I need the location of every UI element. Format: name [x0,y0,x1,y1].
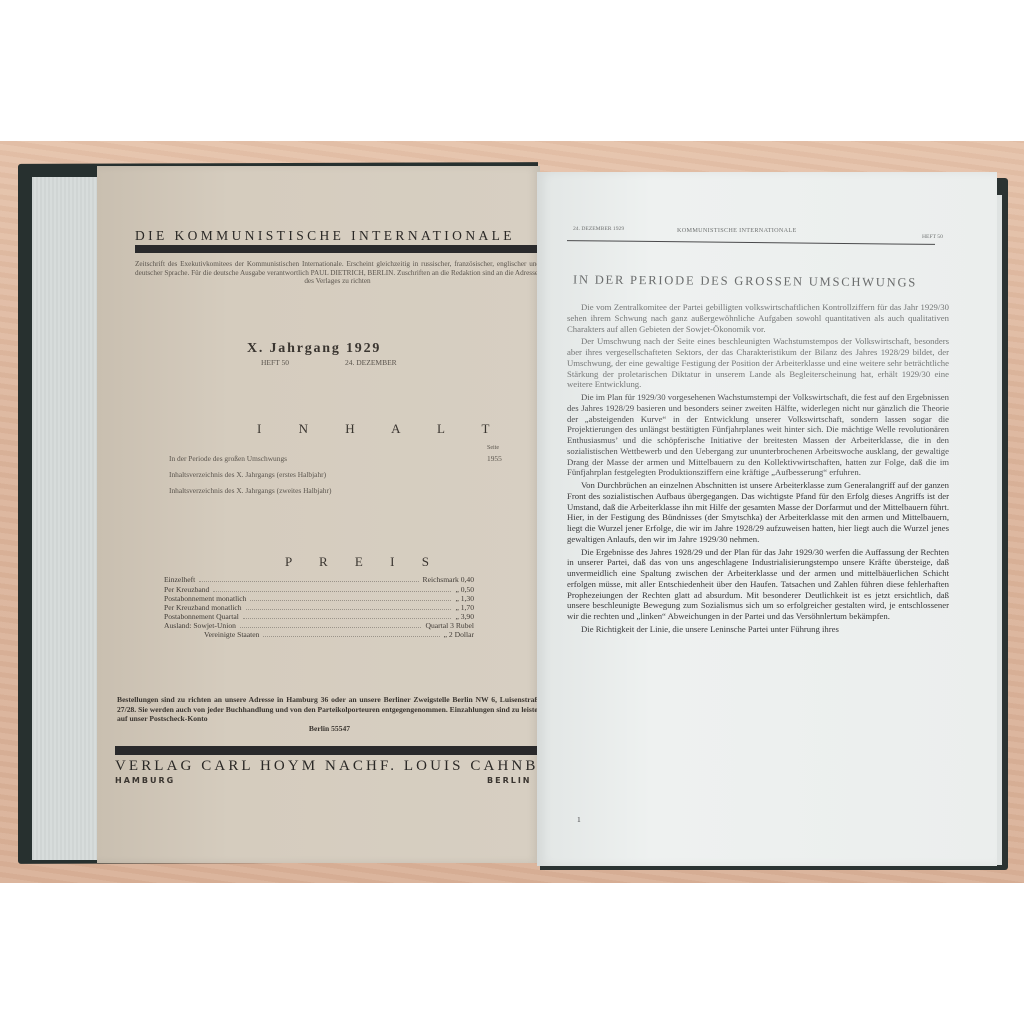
publisher: VERLAG CARL HOYM NACHF. LOUIS CAHNBLEY [115,758,577,775]
price-label: Einzelheft [164,575,195,584]
paragraph: Die Richtigkeit der Linie, die unsere Le… [567,624,949,635]
masthead-rule [135,245,540,253]
endpaper [32,177,102,860]
intro-line: Zeitschrift des Exekutivkomitees der Kom… [135,260,410,268]
ordering-text: Bestellungen sind zu richten an unsere A… [117,695,542,723]
running-head-title: KOMMUNISTISCHE INTERNATIONALE [677,227,797,234]
paragraph: Die vom Zentralkomitee der Partei gebill… [567,302,949,334]
paragraph: Die im Plan für 1929/30 vorgesehenen Wac… [567,392,949,478]
intro-line: des Verlages zu richten [135,277,540,286]
price-value: „ 0,50 [455,585,474,594]
price-row: Ausland: Sowjet-UnionQuartal 3 Rubel [164,621,474,630]
postscheck-konto: Berlin 55547 [117,724,542,734]
price-label: Vereinigte Staaten [164,630,259,639]
price-row: Postabonnement monatlich„ 1,30 [164,594,474,603]
price-label: Per Kreuzband [164,585,209,594]
city-hamburg: HAMBURG [115,776,175,785]
price-label: Postabonnement monatlich [164,594,246,603]
heft-number: HEFT 50 [261,358,289,367]
toc-item: Inhaltsverzeichnis des X. Jahrgangs (ers… [169,470,499,479]
price-value: „ 3,90 [455,612,474,621]
price-row: Postabonnement Quartal„ 3,90 [164,612,474,621]
issue-date: 24. DEZEMBER [345,358,397,367]
price-label: Ausland: Sowjet-Union [164,621,236,630]
price-label: Postabonnement Quartal [164,612,239,621]
inhalt-heading: I N H A L T [257,421,506,437]
paragraph: Der Umschwung nach der Seite eines besch… [567,336,949,390]
publisher-rule [115,746,540,755]
price-value: Reichsmark 0,40 [423,575,474,584]
running-head-heft: HEFT 50 [922,234,943,240]
paragraph: Von Durchbrüchen an einzelnen Abschnitte… [567,480,949,545]
city-berlin: BERLIN [487,776,532,785]
jahrgang: X. Jahrgang 1929 [247,341,381,357]
toc-page: 1955 [487,454,502,463]
toc-item: Inhaltsverzeichnis des X. Jahrgangs (zwe… [169,486,499,495]
intro-line: verantwortlich PAUL DIETRICH, BERLIN. Zu… [267,269,538,277]
ordering-info: Bestellungen sind zu richten an unsere A… [117,695,542,733]
intro-text: Zeitschrift des Exekutivkomitees der Kom… [135,260,540,286]
preis-heading: P R E I S [285,554,441,570]
price-value: Quartal 3 Rubel [425,621,474,630]
article-page: 24. DEZEMBER 1929 KOMMUNISTISCHE INTERNA… [537,172,997,866]
price-label: Per Kreuzband monatlich [164,603,242,612]
page-number: 1 [577,815,581,824]
running-head-rule [567,240,935,245]
price-value: „ 1,30 [455,594,474,603]
article-title: IN DER PERIODE DES GROSSEN UMSCHWUNGS [573,272,917,290]
toc-item: In der Periode des großen Umschwungs [169,454,499,463]
running-head-date: 24. DEZEMBER 1929 [573,226,624,232]
price-value: „ 1,70 [455,603,474,612]
price-row: EinzelheftReichsmark 0,40 [164,575,474,584]
price-value: „ 2 Dollar [444,630,474,639]
article-body: Die vom Zentralkomitee der Partei gebill… [567,302,949,637]
paragraph: Die Ergebnisse des Jahres 1928/29 und de… [567,547,949,622]
title-page: DIE KOMMUNISTISCHE INTERNATIONALE Zeitsc… [97,166,540,863]
price-row: Vereinigte Staaten„ 2 Dollar [164,630,474,639]
price-row: Per Kreuzband monatlich„ 1,70 [164,603,474,612]
masthead: DIE KOMMUNISTISCHE INTERNATIONALE [135,228,515,244]
price-row: Per Kreuzband„ 0,50 [164,585,474,594]
seite-label: Seite [487,445,499,451]
